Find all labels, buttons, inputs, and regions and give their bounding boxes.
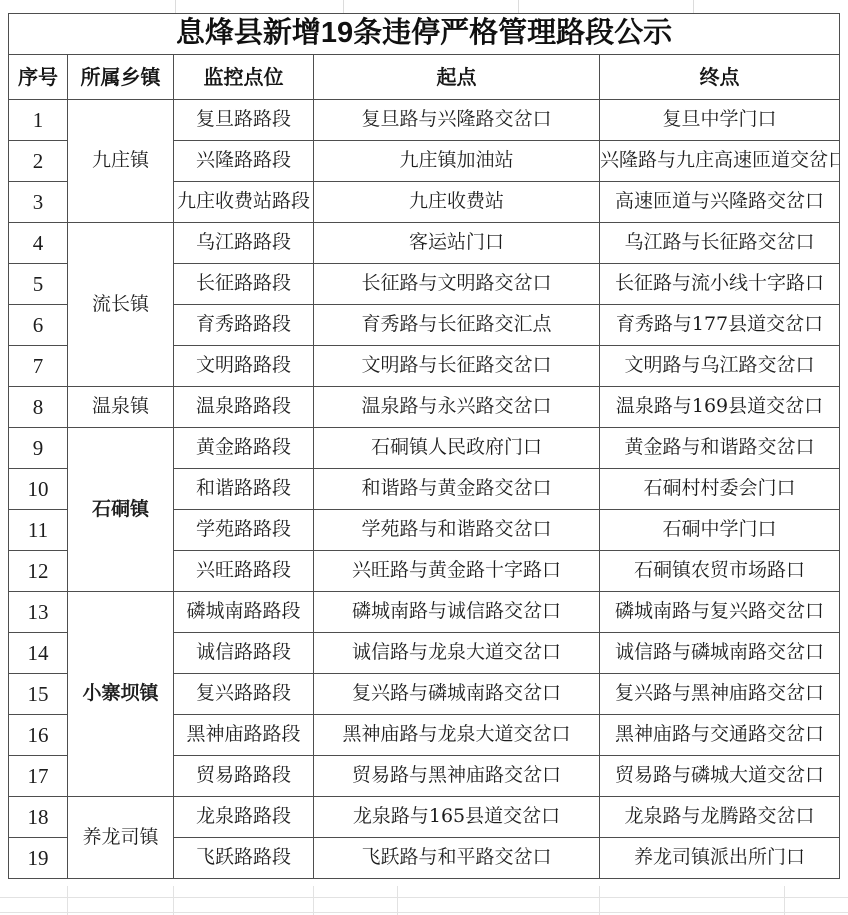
announcement-table: 息烽县新增19条违停严格管理路段公示 序号 所属乡镇 监控点位 起点 终点 1 … xyxy=(8,13,840,879)
cell-no: 13 xyxy=(9,592,68,633)
cell-end: 乌江路与长征路交岔口 xyxy=(600,223,840,264)
cell-end: 黄金路与和谐路交岔口 xyxy=(600,428,840,469)
column-header-row: 序号 所属乡镇 监控点位 起点 终点 xyxy=(9,55,840,100)
cell-no: 18 xyxy=(9,797,68,838)
cell-no: 7 xyxy=(9,346,68,387)
cell-end: 育秀路与177县道交岔口 xyxy=(600,305,840,346)
cell-start: 复兴路与磷城南路交岔口 xyxy=(314,674,600,715)
cell-start: 石硐镇人民政府门口 xyxy=(314,428,600,469)
cell-start: 客运站门口 xyxy=(314,223,600,264)
gridline xyxy=(693,0,694,13)
cell-no: 16 xyxy=(9,715,68,756)
cell-end: 黑神庙路与交通路交岔口 xyxy=(600,715,840,756)
col-header-end: 终点 xyxy=(600,55,840,100)
gridline xyxy=(784,886,785,915)
cell-township-jiuzhuang: 九庄镇 xyxy=(68,100,174,223)
gridline xyxy=(175,0,176,13)
cell-start: 磷城南路与诚信路交岔口 xyxy=(314,592,600,633)
cell-point: 复旦路路段 xyxy=(174,100,314,141)
cell-start: 复旦路与兴隆路交岔口 xyxy=(314,100,600,141)
table-row: 8 温泉镇 温泉路路段 温泉路与永兴路交岔口 温泉路与169县道交岔口 xyxy=(9,387,840,428)
cell-township-xiaozhaiba: 小寨坝镇 xyxy=(68,592,174,797)
cell-start: 育秀路与长征路交汇点 xyxy=(314,305,600,346)
cell-start: 贸易路与黑神庙路交岔口 xyxy=(314,756,600,797)
gridline xyxy=(518,0,519,13)
cell-end: 长征路与流小线十字路口 xyxy=(600,264,840,305)
cell-no: 12 xyxy=(9,551,68,592)
cell-end: 养龙司镇派出所门口 xyxy=(600,838,840,879)
gridline xyxy=(0,897,848,898)
cell-start: 飞跃路与和平路交岔口 xyxy=(314,838,600,879)
cell-start: 龙泉路与165县道交岔口 xyxy=(314,797,600,838)
cell-point: 温泉路路段 xyxy=(174,387,314,428)
cell-township-shidong: 石硐镇 xyxy=(68,428,174,592)
cell-no: 1 xyxy=(9,100,68,141)
cell-point: 龙泉路路段 xyxy=(174,797,314,838)
cell-end: 复旦中学门口 xyxy=(600,100,840,141)
cell-point: 贸易路路段 xyxy=(174,756,314,797)
cell-end: 高速匝道与兴隆路交岔口 xyxy=(600,182,840,223)
page-title: 息烽县新增19条违停严格管理路段公示 xyxy=(9,14,840,55)
cell-end: 文明路与乌江路交岔口 xyxy=(600,346,840,387)
cell-no: 15 xyxy=(9,674,68,715)
cell-point: 育秀路路段 xyxy=(174,305,314,346)
cell-end: 诚信路与磷城南路交岔口 xyxy=(600,633,840,674)
cell-end: 石硐中学门口 xyxy=(600,510,840,551)
cell-point: 学苑路路段 xyxy=(174,510,314,551)
table-row: 9 石硐镇 黄金路路段 石硐镇人民政府门口 黄金路与和谐路交岔口 xyxy=(9,428,840,469)
cell-start: 长征路与文明路交岔口 xyxy=(314,264,600,305)
gridline xyxy=(313,886,314,915)
cell-end: 石硐镇农贸市场路口 xyxy=(600,551,840,592)
cell-township-yanglongsi: 养龙司镇 xyxy=(68,797,174,879)
cell-point: 复兴路路段 xyxy=(174,674,314,715)
cell-no: 14 xyxy=(9,633,68,674)
col-header-township: 所属乡镇 xyxy=(68,55,174,100)
table-row: 4 流长镇 乌江路路段 客运站门口 乌江路与长征路交岔口 xyxy=(9,223,840,264)
cell-point: 文明路路段 xyxy=(174,346,314,387)
cell-point: 和谐路路段 xyxy=(174,469,314,510)
cell-end: 兴隆路与九庄高速匝道交岔口 xyxy=(600,141,840,182)
cell-start: 九庄镇加油站 xyxy=(314,141,600,182)
cell-no: 2 xyxy=(9,141,68,182)
cell-no: 5 xyxy=(9,264,68,305)
cell-township-wenquan: 温泉镇 xyxy=(68,387,174,428)
cell-end: 石硐村村委会门口 xyxy=(600,469,840,510)
cell-start: 诚信路与龙泉大道交岔口 xyxy=(314,633,600,674)
cell-township-liuchang: 流长镇 xyxy=(68,223,174,387)
cell-point: 兴隆路路段 xyxy=(174,141,314,182)
gridline xyxy=(67,886,68,915)
cell-start: 九庄收费站 xyxy=(314,182,600,223)
col-header-point: 监控点位 xyxy=(174,55,314,100)
cell-no: 3 xyxy=(9,182,68,223)
cell-point: 九庄收费站路段 xyxy=(174,182,314,223)
cell-point: 诚信路路段 xyxy=(174,633,314,674)
cell-end: 磷城南路与复兴路交岔口 xyxy=(600,592,840,633)
cell-no: 6 xyxy=(9,305,68,346)
gridline xyxy=(599,886,600,915)
col-header-start: 起点 xyxy=(314,55,600,100)
gridline xyxy=(397,886,398,915)
cell-no: 17 xyxy=(9,756,68,797)
cell-point: 长征路路段 xyxy=(174,264,314,305)
table-row: 18 养龙司镇 龙泉路路段 龙泉路与165县道交岔口 龙泉路与龙腾路交岔口 xyxy=(9,797,840,838)
cell-start: 和谐路与黄金路交岔口 xyxy=(314,469,600,510)
cell-point: 乌江路路段 xyxy=(174,223,314,264)
cell-start: 学苑路与和谐路交岔口 xyxy=(314,510,600,551)
col-header-no: 序号 xyxy=(9,55,68,100)
gridline xyxy=(0,912,848,913)
cell-no: 9 xyxy=(9,428,68,469)
cell-point: 黄金路路段 xyxy=(174,428,314,469)
cell-no: 11 xyxy=(9,510,68,551)
cell-end: 温泉路与169县道交岔口 xyxy=(600,387,840,428)
cell-no: 8 xyxy=(9,387,68,428)
cell-end: 贸易路与磷城大道交岔口 xyxy=(600,756,840,797)
table-row: 13 小寨坝镇 磷城南路路段 磷城南路与诚信路交岔口 磷城南路与复兴路交岔口 xyxy=(9,592,840,633)
cell-no: 4 xyxy=(9,223,68,264)
cell-point: 黑神庙路路段 xyxy=(174,715,314,756)
cell-start: 文明路与长征路交岔口 xyxy=(314,346,600,387)
gridline xyxy=(343,0,344,13)
cell-start: 黑神庙路与龙泉大道交岔口 xyxy=(314,715,600,756)
cell-end: 龙泉路与龙腾路交岔口 xyxy=(600,797,840,838)
cell-start: 温泉路与永兴路交岔口 xyxy=(314,387,600,428)
cell-end: 复兴路与黑神庙路交岔口 xyxy=(600,674,840,715)
cell-point: 兴旺路路段 xyxy=(174,551,314,592)
cell-start: 兴旺路与黄金路十字路口 xyxy=(314,551,600,592)
cell-no: 19 xyxy=(9,838,68,879)
title-row: 息烽县新增19条违停严格管理路段公示 xyxy=(9,14,840,55)
cell-point: 飞跃路路段 xyxy=(174,838,314,879)
table-row: 1 九庄镇 复旦路路段 复旦路与兴隆路交岔口 复旦中学门口 xyxy=(9,100,840,141)
cell-point: 磷城南路路段 xyxy=(174,592,314,633)
gridline xyxy=(173,886,174,915)
cell-no: 10 xyxy=(9,469,68,510)
